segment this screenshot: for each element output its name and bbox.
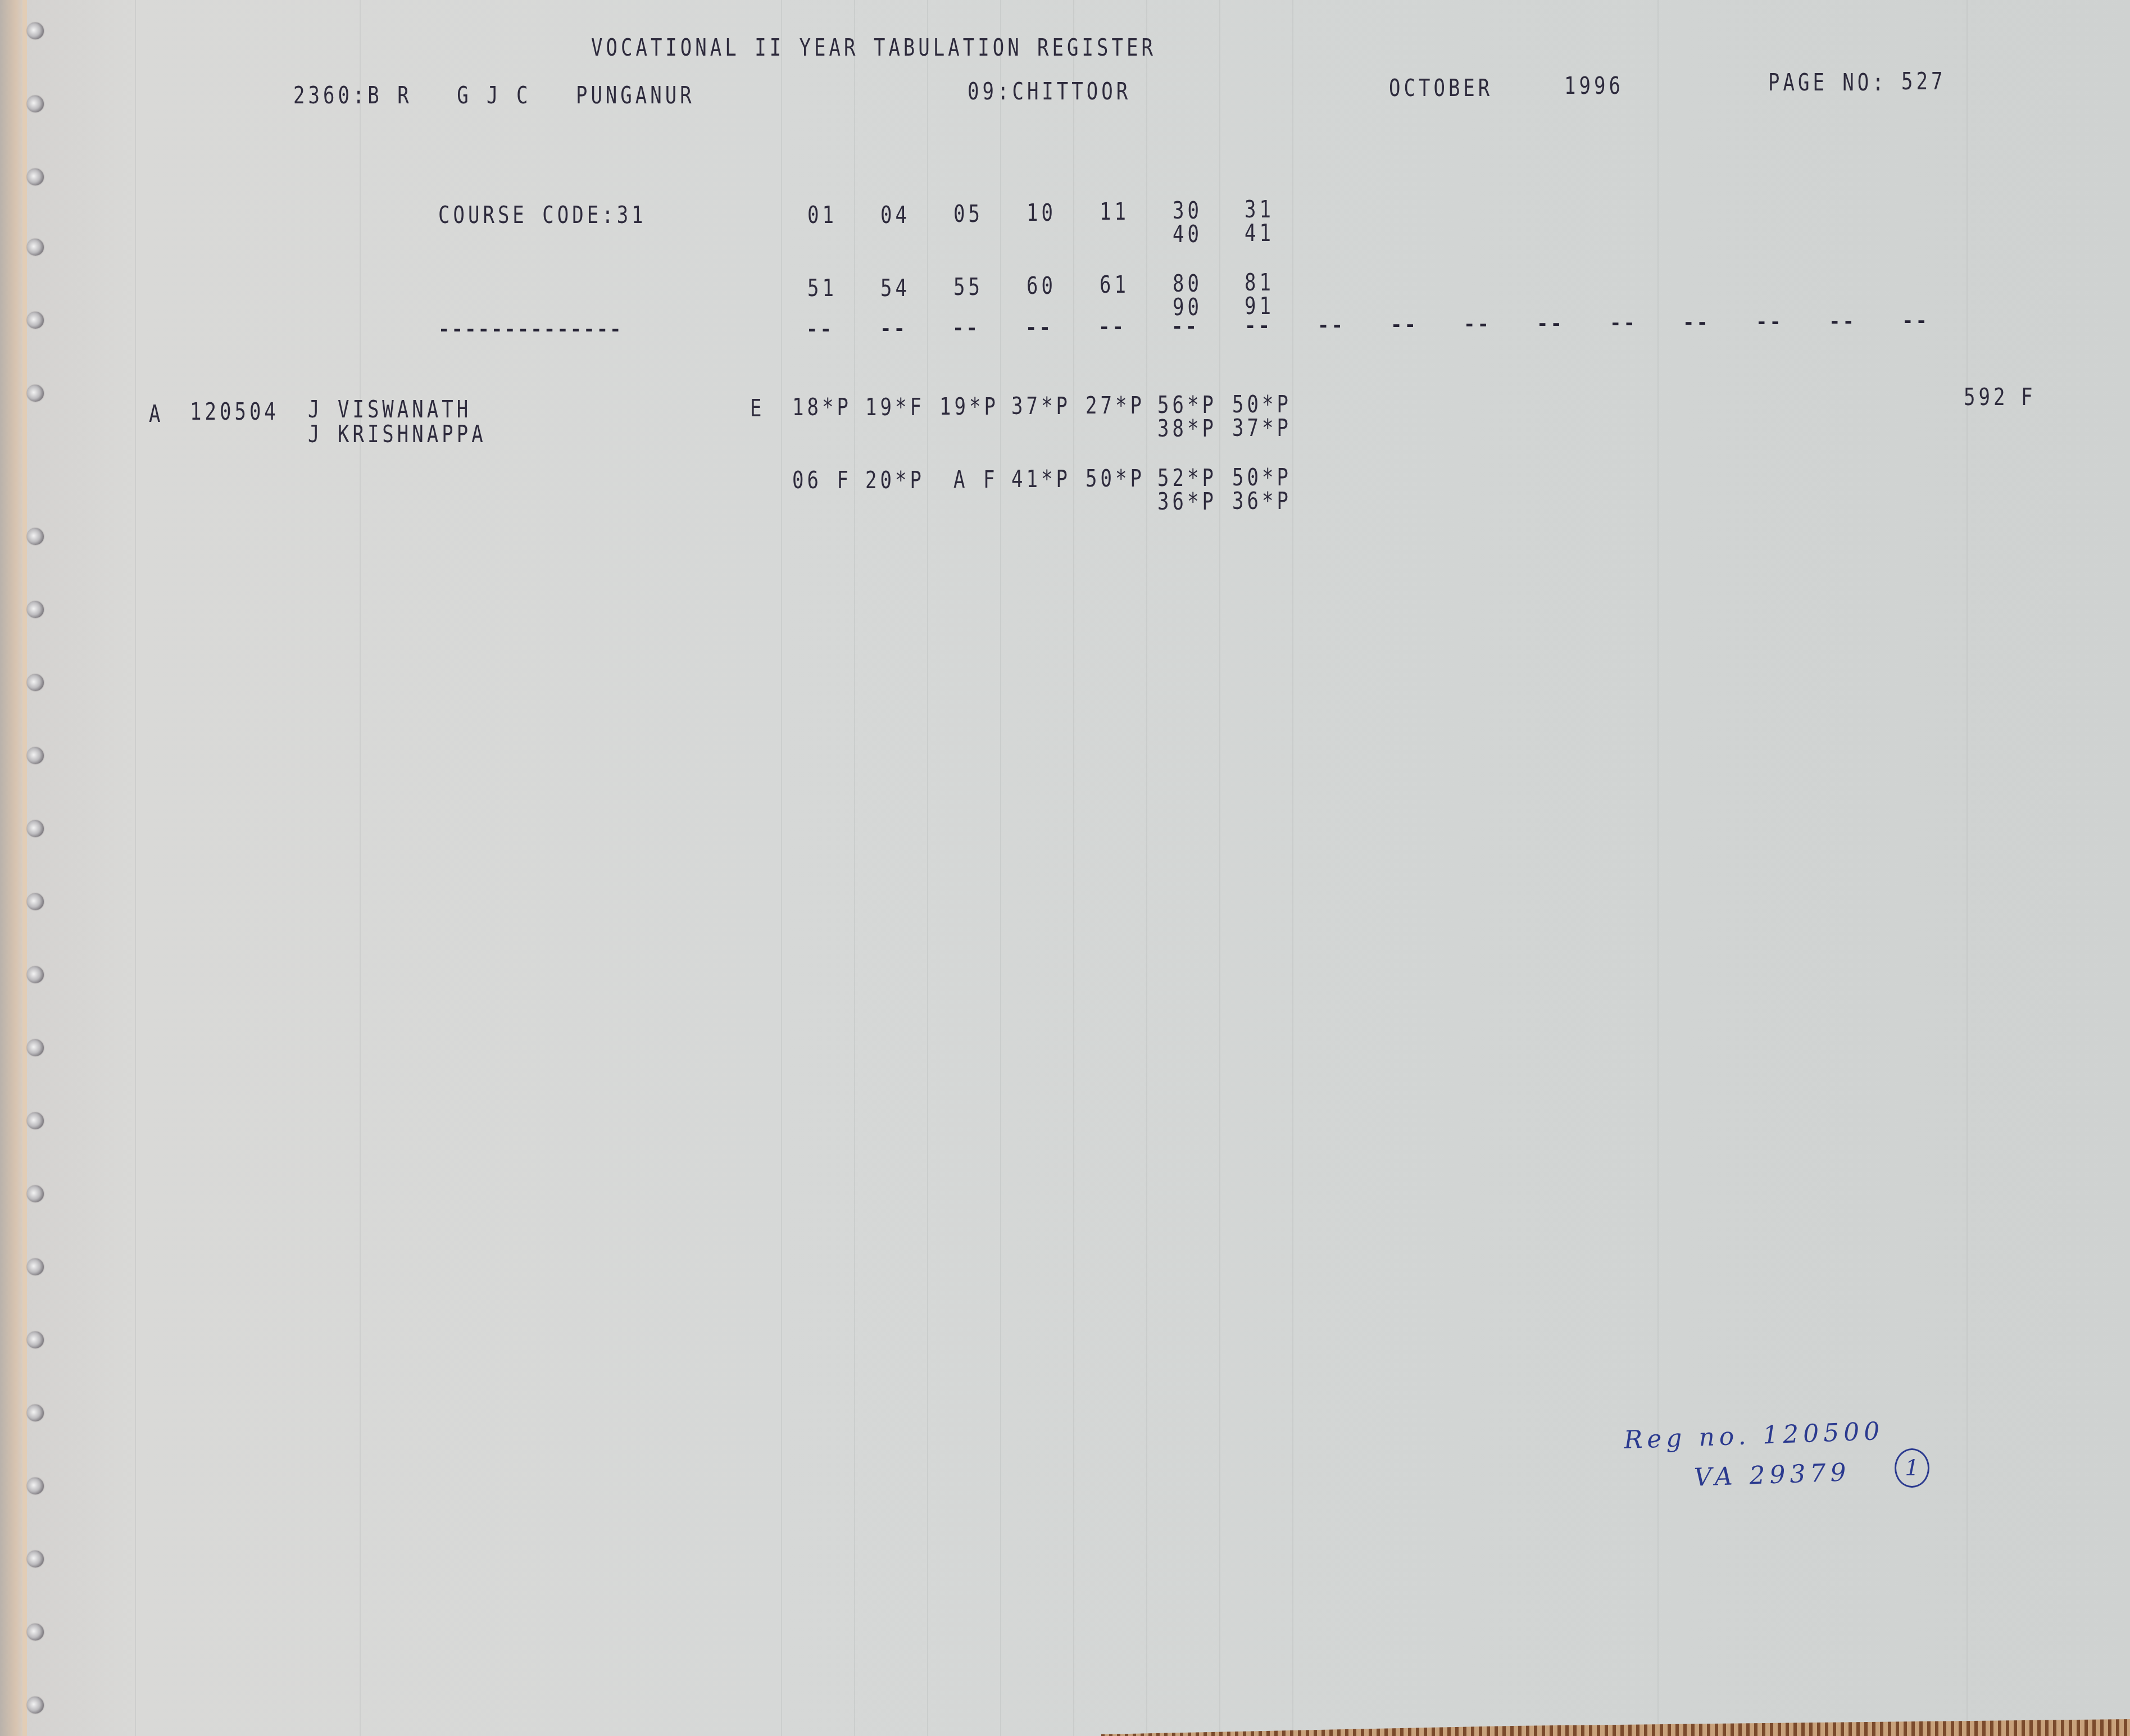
handwritten-va-number: VA 29379	[1693, 1458, 1851, 1492]
binding-hole	[27, 1697, 44, 1714]
subject-mark-sub: 36*P	[1157, 488, 1217, 516]
circled-number-mark: 1	[1895, 1448, 1929, 1488]
column-separator: --	[806, 318, 834, 340]
binding-hole	[27, 1039, 44, 1056]
subject-code: 11	[1100, 198, 1129, 226]
column-guide	[360, 0, 361, 1736]
column-separator: --	[880, 317, 907, 340]
column-guide	[781, 0, 782, 1736]
subject-mark: 19*P	[939, 393, 999, 421]
column-separator: --	[1464, 313, 1491, 335]
handwritten-reg-number: Reg no. 120500	[1623, 1417, 1884, 1455]
grand-total: 592	[1964, 383, 2008, 411]
college-code-name: 2360:B R G J C PUNGANUR	[293, 81, 695, 110]
subject-mark: 06 F	[792, 466, 852, 494]
subject-code: 05	[953, 200, 983, 228]
binding-hole	[27, 1112, 44, 1129]
column-separator: --	[952, 317, 980, 339]
binding-hole	[27, 528, 44, 545]
binding-hole	[27, 1405, 44, 1421]
name-column-separator: --------------	[438, 318, 623, 340]
subject-mark: 19*F	[865, 393, 925, 421]
column-separator: --	[1829, 310, 1856, 333]
subject-mark: A F	[953, 466, 998, 494]
binding-hole	[27, 1551, 44, 1567]
column-separator: --	[1902, 310, 1929, 332]
student-father-name: J KRISHNAPPA	[308, 420, 487, 448]
subject-code-sub: 40	[1173, 220, 1202, 248]
binding-hole	[27, 966, 44, 983]
column-guide	[1657, 0, 1659, 1736]
subject-mark-sub: 36*P	[1232, 487, 1292, 515]
subject-code: 60	[1027, 272, 1056, 300]
register-title: VOCATIONAL II YEAR TABULATION REGISTER	[591, 34, 1156, 62]
column-guide	[1219, 0, 1220, 1736]
column-separator: --	[1171, 315, 1199, 338]
student-roll-number: 120504	[190, 398, 279, 426]
binding-hole	[27, 1478, 44, 1494]
column-guide	[1000, 0, 1001, 1736]
student-category: A	[149, 400, 164, 428]
page-binding-edge	[22, 0, 27, 1736]
binding-hole	[27, 1331, 44, 1348]
subject-mark: 20*P	[865, 466, 925, 494]
column-guide	[1966, 0, 1968, 1736]
subject-code: 55	[953, 273, 983, 301]
column-separator: --	[1683, 311, 1710, 334]
column-guide	[927, 0, 928, 1736]
subject-code: 01	[807, 201, 837, 229]
exam-year: 1996	[1564, 72, 1624, 100]
binding-hole	[27, 820, 44, 837]
subject-mark: 41*P	[1011, 465, 1071, 493]
column-guide	[1146, 0, 1147, 1736]
subject-mark: 37*P	[1011, 392, 1071, 420]
student-name: J VISWANATH	[308, 396, 471, 424]
column-separator: --	[1098, 316, 1126, 338]
column-separator: --	[1391, 313, 1418, 336]
binding-hole	[27, 1258, 44, 1275]
binding-hole	[27, 601, 44, 618]
subject-code: 04	[880, 201, 910, 229]
column-guide	[1292, 0, 1293, 1736]
binding-hole	[27, 312, 44, 329]
subject-code: 54	[880, 274, 910, 302]
binding-hole	[27, 674, 44, 691]
binding-hole	[27, 1624, 44, 1640]
final-result: F	[2021, 383, 2036, 411]
binding-hole	[27, 747, 44, 764]
column-separator: --	[1756, 311, 1783, 333]
district: 09:CHITTOOR	[968, 78, 1131, 106]
subject-code-sub: 41	[1245, 219, 1274, 247]
column-guide	[135, 0, 136, 1736]
subject-code: 61	[1100, 271, 1129, 299]
column-guide	[854, 0, 855, 1736]
circled-number: 1	[1905, 1455, 1919, 1481]
binding-hole	[27, 22, 44, 39]
column-separator: --	[1537, 312, 1564, 335]
subject-mark-sub: 38*P	[1157, 415, 1217, 443]
subject-code: 10	[1027, 199, 1056, 227]
binding-hole	[27, 893, 44, 910]
column-separator: --	[1025, 316, 1053, 339]
subject-mark: 18*P	[792, 393, 852, 421]
course-code: COURSE CODE:31	[438, 201, 647, 229]
subject-mark: 50*P	[1086, 465, 1145, 493]
column-separator: --	[1610, 312, 1637, 334]
page-number: 527	[1901, 67, 1946, 96]
column-guide	[1073, 0, 1074, 1736]
subject-code: 51	[807, 274, 837, 302]
binding-hole	[27, 239, 44, 256]
subject-mark: 27*P	[1086, 392, 1145, 420]
binding-hole	[27, 385, 44, 402]
binding-hole	[27, 96, 44, 112]
page-number-label: PAGE NO:	[1768, 69, 1887, 97]
binding-fabric-edge	[1101, 1719, 2130, 1736]
subject-mark-sub: 37*P	[1232, 414, 1292, 442]
column-separator: --	[1318, 314, 1345, 337]
binding-hole	[27, 1185, 44, 1202]
student-medium: E	[750, 394, 765, 422]
binding-hole	[27, 169, 44, 185]
exam-month: OCTOBER	[1389, 74, 1493, 102]
column-separator: --	[1245, 315, 1272, 337]
